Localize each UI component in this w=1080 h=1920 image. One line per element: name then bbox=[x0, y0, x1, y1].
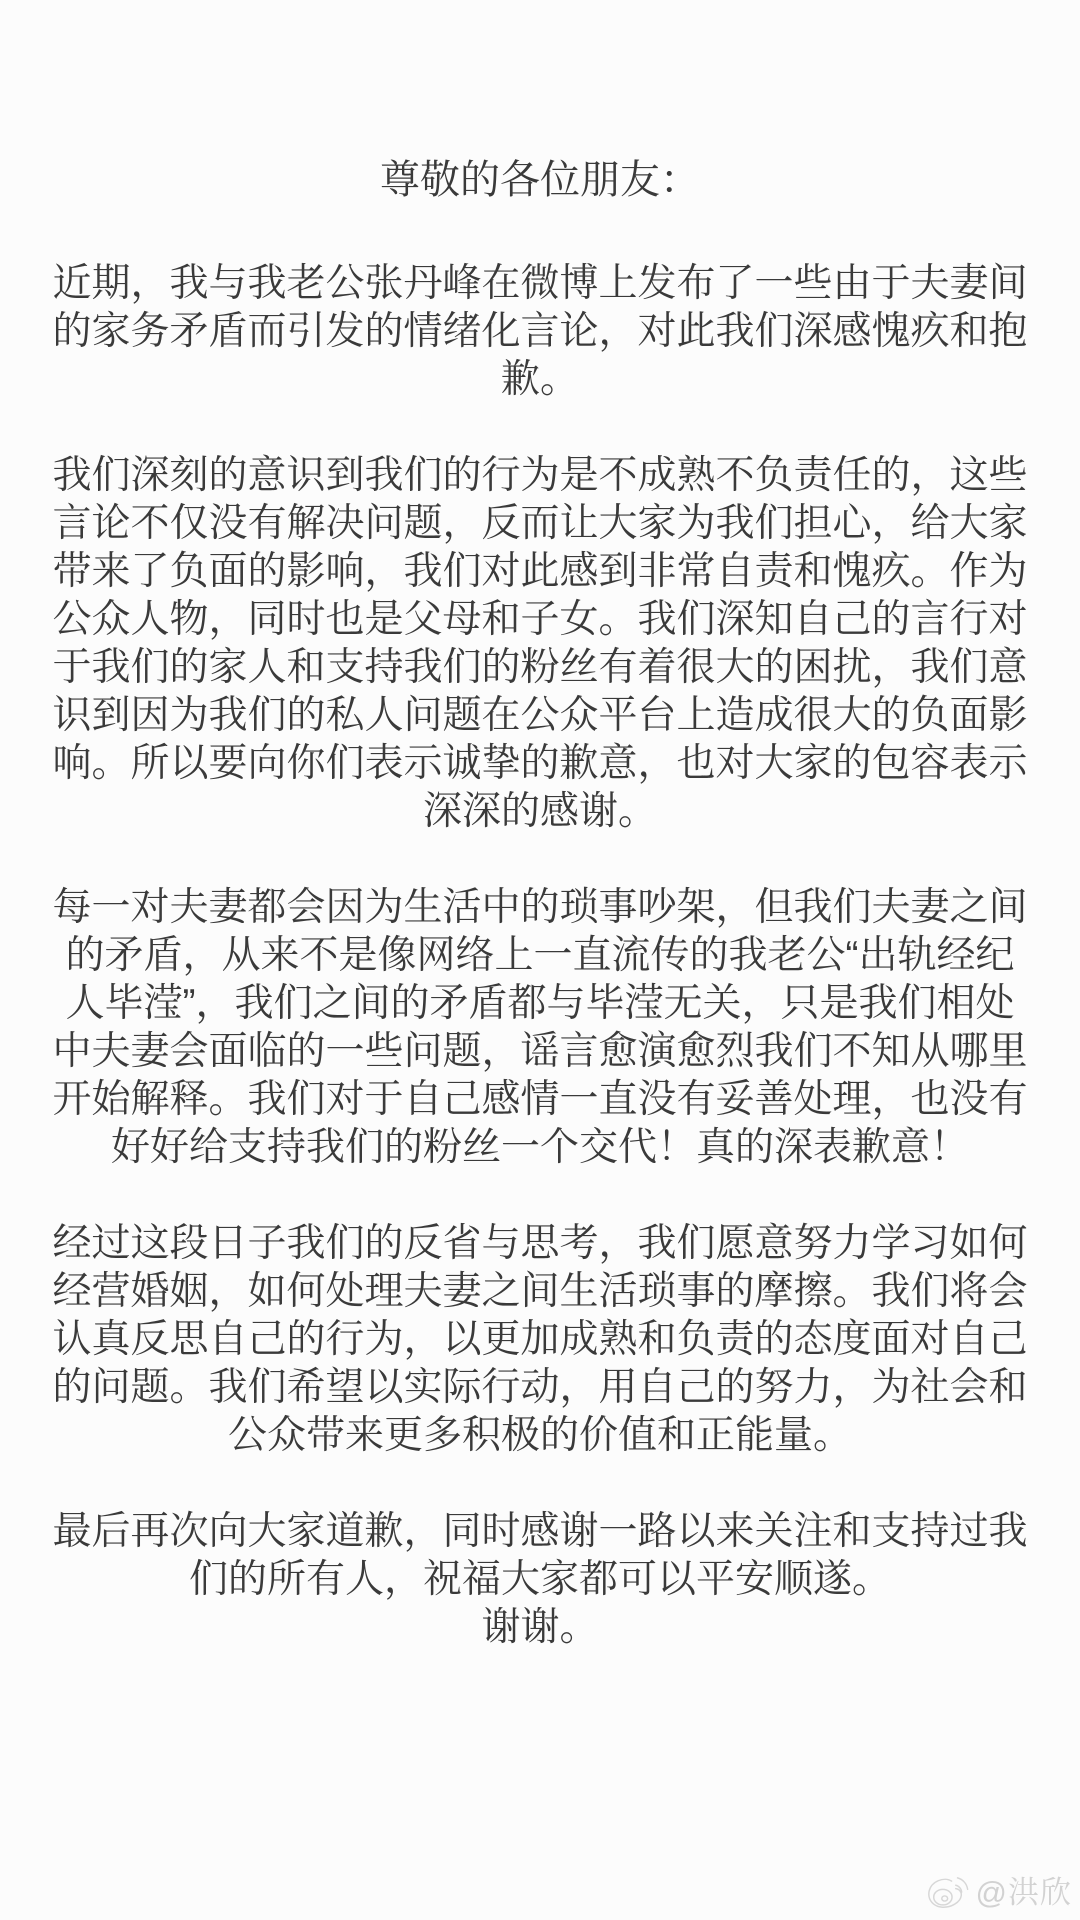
statement-paragraph-3: 每一对夫妻都会因为生活中的琐事吵架，但我们夫妻之间 的矛盾，从来不是像网络上一直… bbox=[0, 884, 1080, 1172]
statement-paragraph-5: 最后再次向大家道歉，同时感谢一路以来关注和支持过我 们的所有人，祝福大家都可以平… bbox=[0, 1508, 1080, 1652]
watermark: @洪欣 bbox=[925, 1872, 1072, 1914]
statement-paragraph-2: 我们深刻的意识到我们的行为是不成熟不负责任的，这些 言论不仅没有解决问题，反而让… bbox=[0, 452, 1080, 836]
statement-title: 尊敬的各位朋友： bbox=[0, 156, 1080, 204]
watermark-handle: @洪欣 bbox=[976, 1872, 1072, 1914]
statement-paragraph-4: 经过这段日子我们的反省与思考，我们愿意努力学习如何 经营婚姻，如何处理夫妻之间生… bbox=[0, 1220, 1080, 1460]
weibo-logo-icon bbox=[925, 1872, 969, 1914]
statement-page: 尊敬的各位朋友： 近期，我与我老公张丹峰在微博上发布了一些由于夫妻间 的家务矛盾… bbox=[0, 0, 1080, 1652]
statement-paragraph-1: 近期，我与我老公张丹峰在微博上发布了一些由于夫妻间 的家务矛盾而引发的情绪化言论… bbox=[0, 260, 1080, 404]
